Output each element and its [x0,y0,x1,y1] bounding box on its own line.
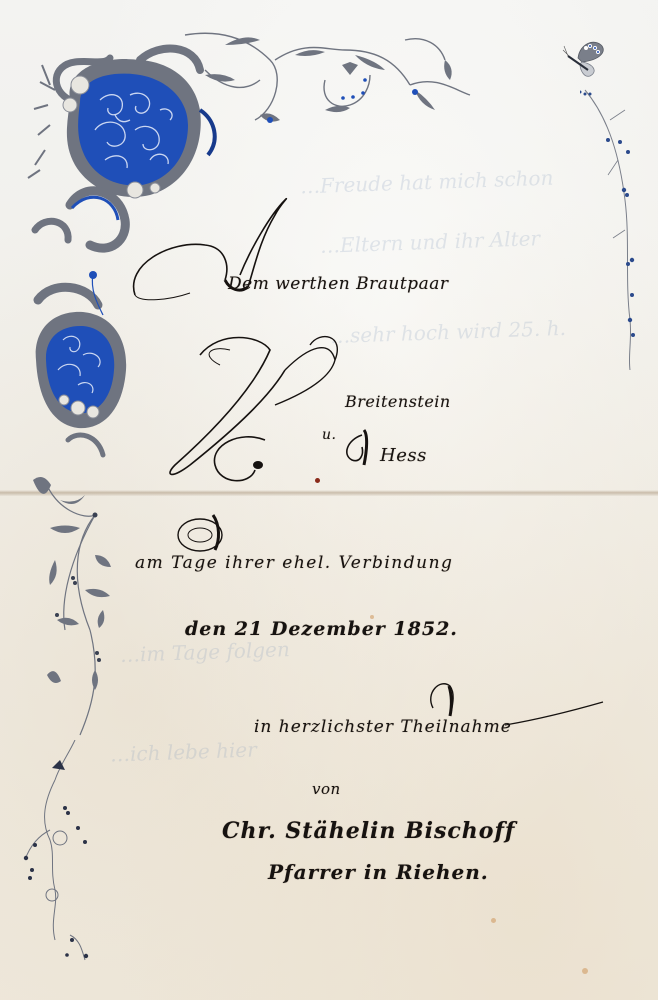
signature-title: Pfarrer in Riehen. [268,860,489,884]
bleed-through-line: …ich lebe hier [110,737,257,766]
bleed-through-line: …im Tage folgen [120,637,291,667]
capital-C-bride-icon [342,425,382,470]
scroll-vine-top-icon [175,20,475,140]
salutation-line: Dem werthen Brautpaar [228,274,448,294]
sentiment-line: in herzlichster Theilnahme [254,717,512,737]
bride-conjunction: u. [322,427,336,443]
sentiment-underline-flourish-icon [505,700,605,730]
butterfly-icon [560,38,610,83]
capital-J-flourish-icon [160,325,370,495]
foxing-stain [582,968,588,974]
groom-name: Breitenstein [345,392,451,411]
flower-vine-bottom-left-icon [10,740,100,970]
date-line: den 21 Dezember 1852. [185,618,458,640]
bleed-through-line: …Freude hat mich schon [300,166,554,199]
from-line: von [312,780,341,798]
scroll-vine-left-icon [15,470,125,740]
occasion-line: am Tage ihrer ehel. Verbindung [135,553,453,573]
flower-vine-right-icon [580,80,650,370]
document-page: …Freude hat mich schon …Eltern und ihr A… [0,0,658,1000]
bride-name: Hess [380,445,427,466]
bleed-through-line: …Eltern und ihr Alter [320,226,541,258]
rococo-cartouche-left-icon [28,260,138,460]
foxing-stain [491,918,496,923]
signature-name: Chr. Stähelin Bischoff [222,818,515,844]
